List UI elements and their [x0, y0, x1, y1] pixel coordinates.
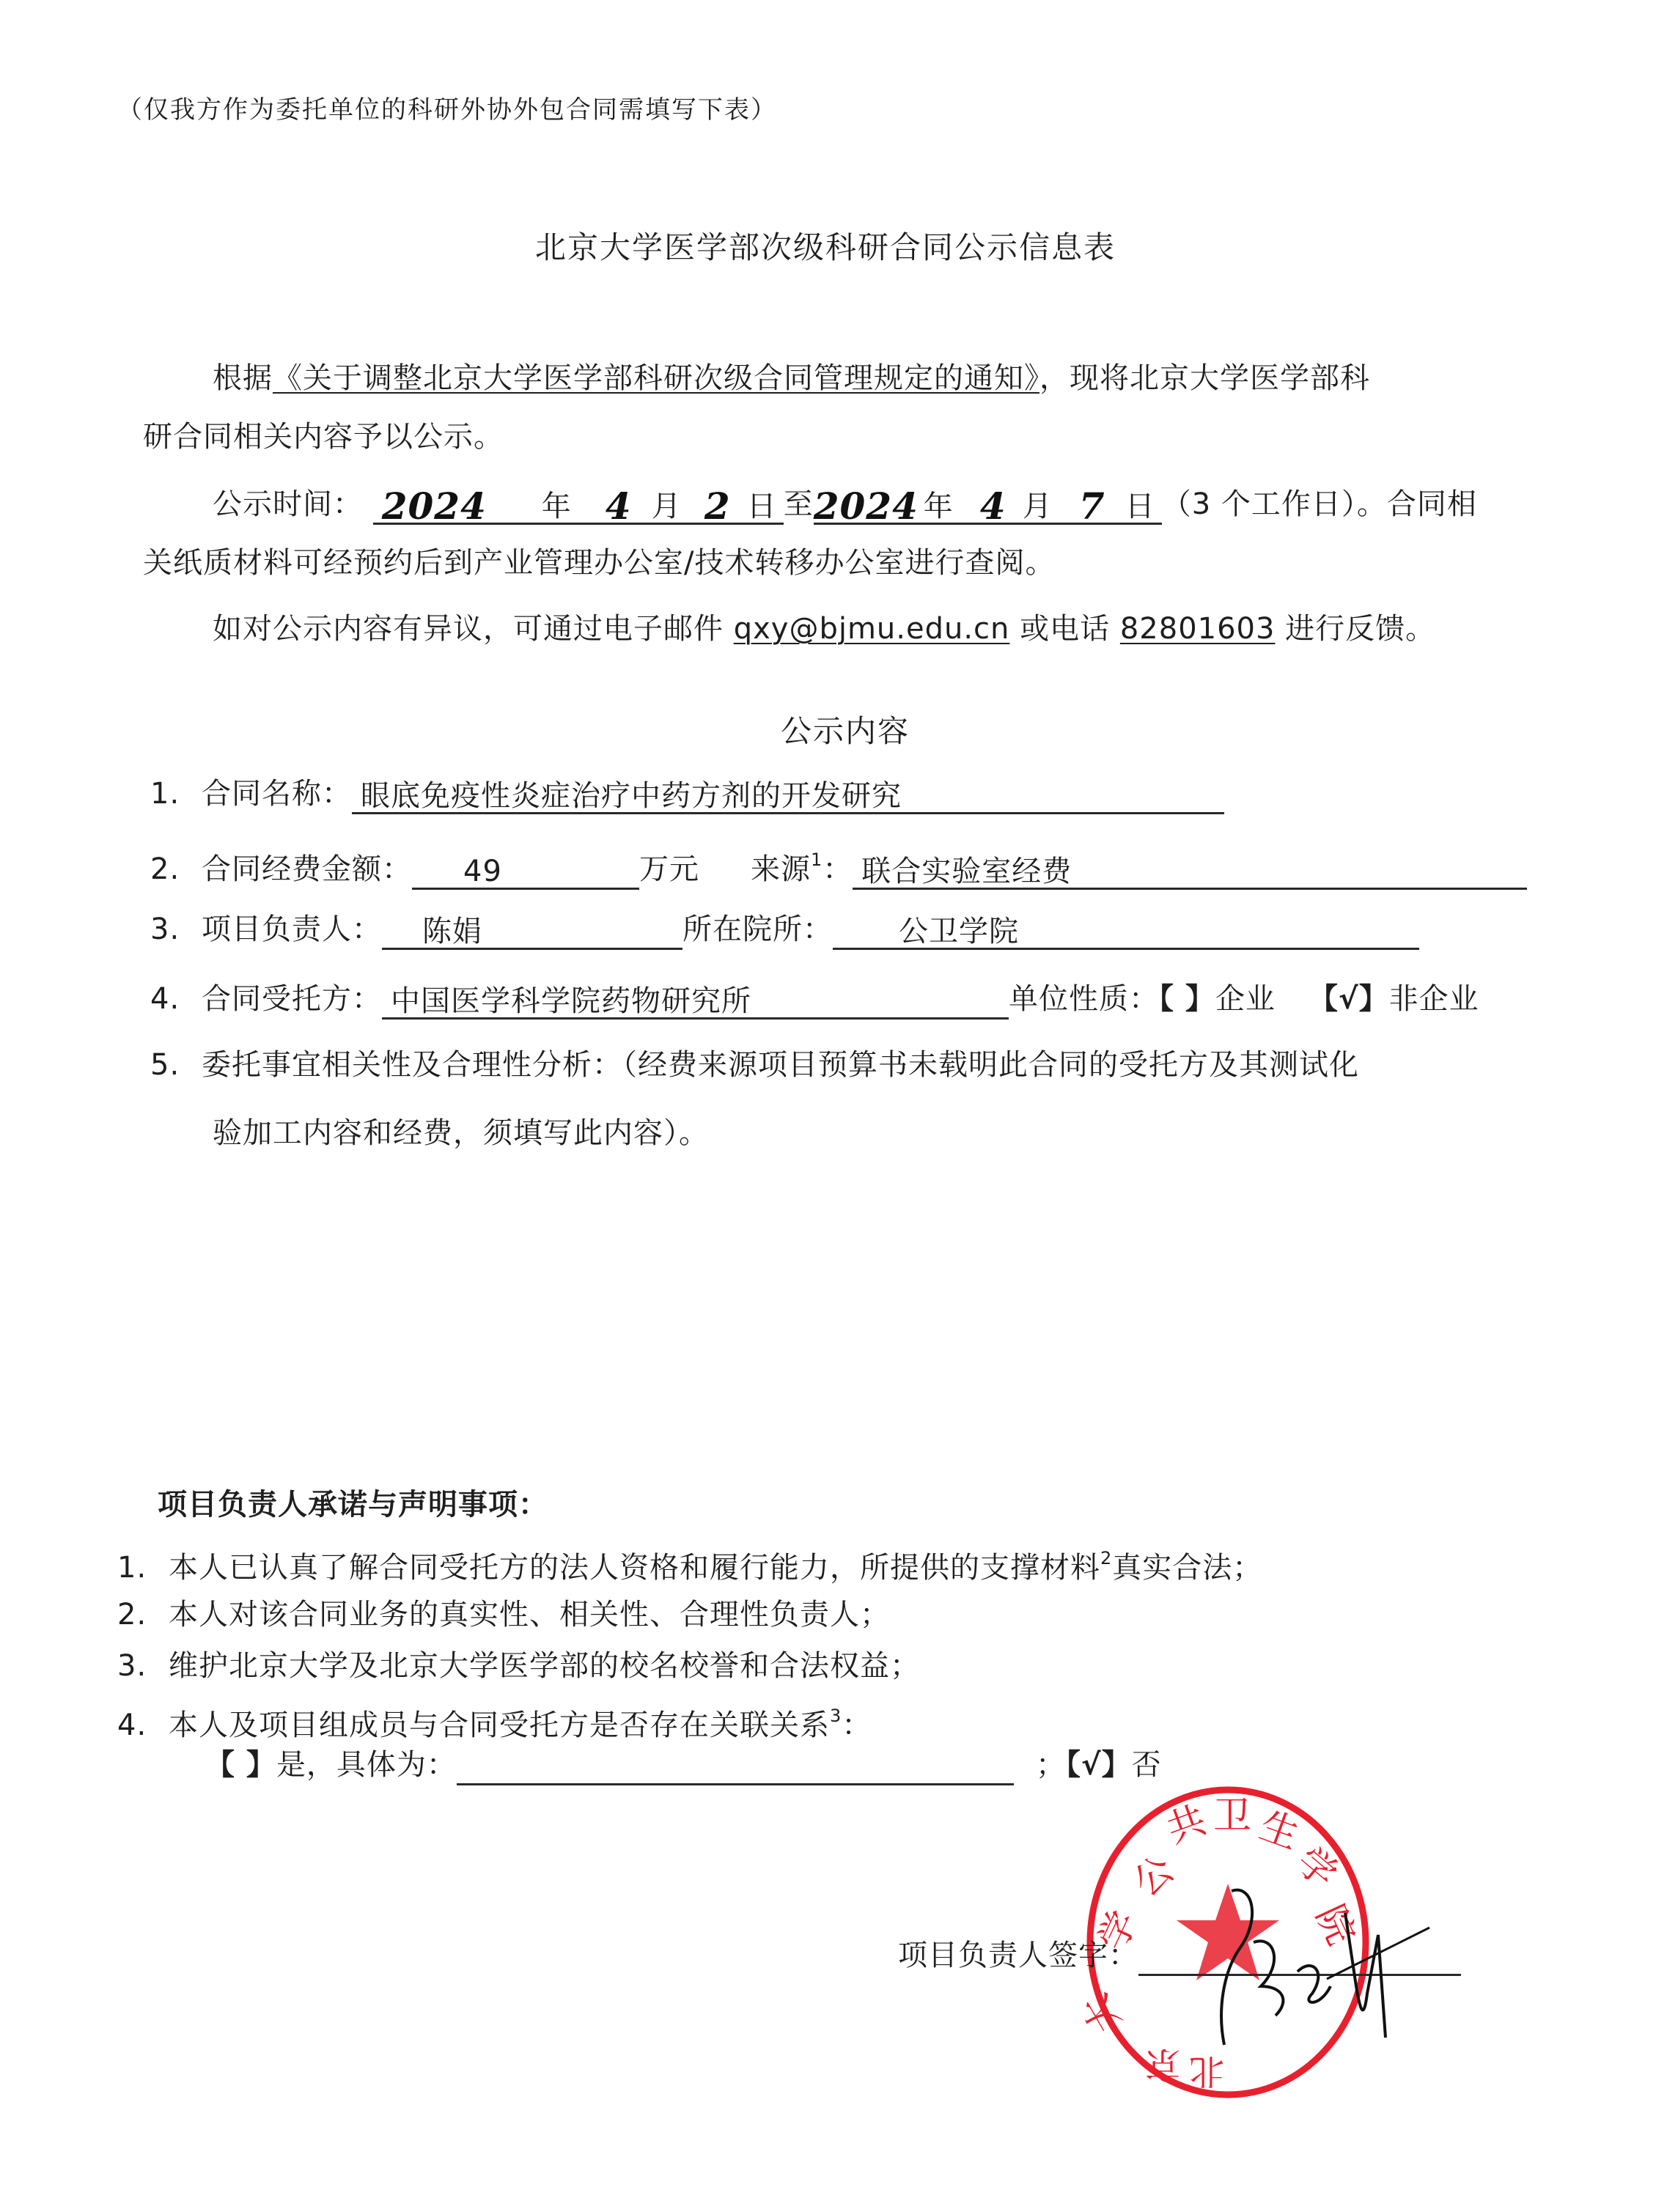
work-days-note: （3 个工作日）。合同相	[1162, 487, 1477, 521]
item-contract-name: 1.合同名称：眼底免疫性炎症治疗中药方剂的开发研究	[150, 773, 1224, 814]
commitment-item-4: 4.本人及项目组成员与合同受托方是否存在关联关系3：	[117, 1695, 872, 1746]
leader-field[interactable]: 陈娟	[382, 911, 682, 950]
start-day-field[interactable]: 2	[688, 486, 747, 525]
enterprise-checkbox[interactable]: 【 】	[1159, 982, 1215, 1016]
item-contractor: 4.合同受托方：中国医学科学院药物研究所单位性质：【 】企业【√】非企业	[150, 978, 1479, 1020]
item-project-leader: 3.项目负责人：陈娟所在院所：公卫学院	[150, 909, 1419, 950]
end-day-field[interactable]: 7	[1059, 486, 1125, 525]
commitment-item-1: 1.本人已认真了解合同受托方的法人资格和履行能力，所提供的支撑材料2真实合法；	[117, 1538, 1262, 1588]
relation-yes-label: 是，具体为：	[276, 1748, 457, 1782]
dept-field[interactable]: 公卫学院	[833, 911, 1419, 950]
item-relevance-analysis: 5.委托事宜相关性及合理性分析：（经费来源项目预算书未载明此合同的受托方及其测试…	[150, 1044, 1359, 1085]
item-contract-amount: 2.合同经费金额：49万元来源1：联合实验室经费	[150, 839, 1527, 890]
nature-label: 单位性质：	[1009, 982, 1159, 1016]
non-enterprise-option-label: 非企业	[1389, 982, 1479, 1016]
leader-label: 项目负责人：	[202, 913, 382, 946]
enterprise-option-label: 企业	[1215, 982, 1276, 1016]
feedback-line: 如对公示内容有异议，可通过电子邮件 qxy@bjmu.edu.cn 或电话 82…	[213, 608, 1435, 649]
source-field[interactable]: 联合实验室经费	[853, 851, 1527, 890]
to-label: 至	[784, 487, 814, 521]
contract-name-label: 合同名称：	[202, 777, 352, 811]
publicity-period-line-2: 关纸质材料可经预约后到产业管理办公室/技术转移办公室进行查阅。	[143, 542, 1055, 583]
handwritten-signature	[1144, 1876, 1451, 2067]
top-note: （仅我方作为委托单位的科研外协外包合同需填写下表）	[117, 89, 777, 125]
contractor-field[interactable]: 中国医学科学院药物研究所	[382, 981, 1009, 1020]
commitment-item-2: 2.本人对该合同业务的真实性、相关性、合理性负责人；	[117, 1594, 890, 1635]
end-year-field[interactable]: 2024	[814, 486, 924, 525]
start-month-field[interactable]: 4	[586, 486, 652, 525]
svg-text:大: 大	[1078, 1987, 1129, 2040]
content-heading: 公示内容	[781, 707, 910, 751]
commitment-heading: 项目负责人承诺与声明事项：	[158, 1484, 548, 1525]
publicity-period-line-1: 公示时间： 2024年4月2日至2024年4月7日（3 个工作日）。合同相	[213, 484, 1477, 525]
commitment-item-3: 3.维护北京大学及北京大学医学部的校名校誉和合法权益；	[117, 1645, 920, 1686]
contractor-label: 合同受托方：	[202, 982, 382, 1016]
signature-label: 项目负责人签字：	[898, 1939, 1138, 1972]
signature-scribble-icon	[1144, 1876, 1451, 2067]
svg-text:卫: 卫	[1213, 1794, 1251, 1838]
relation-options: 【 】是，具体为：；【√】否	[205, 1744, 1162, 1785]
regulation-link[interactable]: 《关于调整北京大学医学部科研次级合同管理规定的通知》	[273, 361, 1039, 395]
end-month-field[interactable]: 4	[964, 486, 1023, 525]
amount-field[interactable]: 49	[412, 851, 639, 890]
intro-prefix: 根据	[213, 361, 273, 395]
intro-line-2: 研合同相关内容予以公示。	[143, 416, 504, 457]
page-title: 北京大学医学部次级科研合同公示信息表	[535, 224, 1116, 268]
amount-unit: 万元	[639, 852, 699, 886]
relevance-analysis-line-2: 验加工内容和经费，须填写此内容）。	[213, 1113, 709, 1154]
contract-name-field[interactable]: 眼底免疫性炎症治疗中药方剂的开发研究	[352, 775, 1224, 814]
relevance-analysis-field[interactable]	[213, 1165, 1547, 1459]
dept-label: 所在院所：	[682, 913, 833, 946]
start-year-field[interactable]: 2024	[373, 486, 542, 525]
relation-detail-field[interactable]	[457, 1747, 1014, 1785]
publicity-label: 公示时间：	[213, 487, 363, 521]
source-label: 来源	[751, 852, 811, 886]
intro-suffix: ，现将北京大学医学部科	[1039, 361, 1370, 395]
feedback-phone-link[interactable]: 82801603	[1120, 612, 1276, 646]
amount-label: 合同经费金额：	[202, 852, 412, 886]
feedback-email-link[interactable]: qxy@bjmu.edu.cn	[734, 612, 1010, 646]
non-enterprise-checkbox[interactable]: 【√】	[1309, 982, 1389, 1016]
intro-line-1: 根据《关于调整北京大学医学部科研次级合同管理规定的通知》，现将北京大学医学部科	[213, 358, 1370, 399]
relation-yes-checkbox[interactable]: 【 】	[205, 1748, 276, 1782]
